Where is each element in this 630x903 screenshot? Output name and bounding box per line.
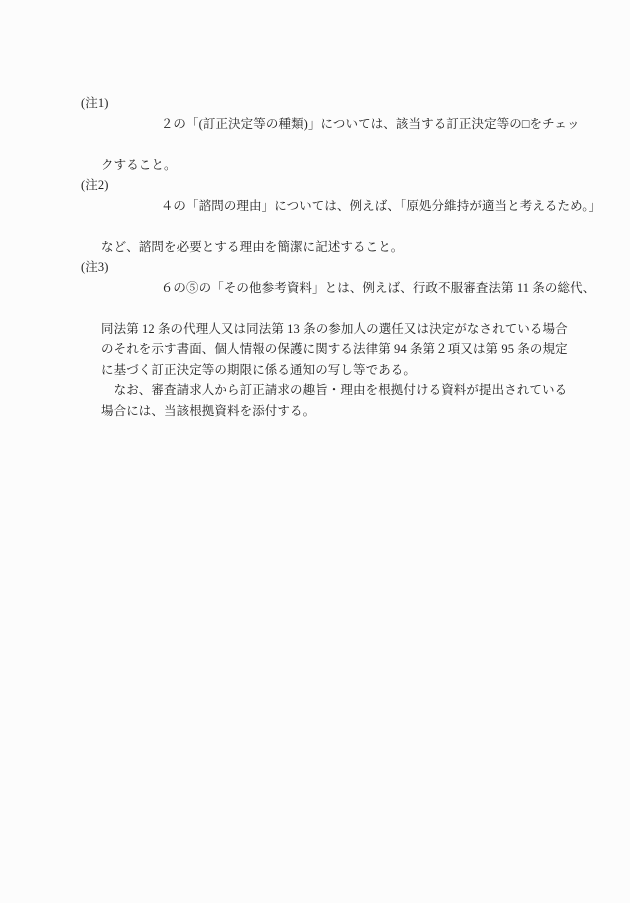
note-3-line-4: に基づく訂正決定等の期限に係る通知の写し等である。: [0, 360, 630, 381]
note-1: (注1)２の「(訂正決定等の種類)」については、該当する訂正決定等の□をチェッ …: [0, 93, 630, 175]
note-3-line-6: 場合には、当該根拠資料を添付する。: [0, 401, 630, 422]
note-2-first-line: (注2)４の「諮問の理由」については、例えば、「原処分維持が適当と考えるため。」: [0, 175, 630, 237]
note-3-line-2: 同法第 12 条の代理人又は同法第 13 条の参加人の選任又は決定がなされている…: [0, 319, 630, 340]
note-2: (注2)４の「諮問の理由」については、例えば、「原処分維持が適当と考えるため。」…: [0, 175, 630, 257]
note-1-line-1: ２の「(訂正決定等の種類)」については、該当する訂正決定等の□をチェッ: [161, 117, 580, 131]
note-1-line-2: クすること。: [0, 155, 630, 176]
note-3-line-5: なお、審査請求人から訂正請求の趣旨・理由を根拠付ける資料が提出されている: [0, 380, 630, 401]
note-2-line-1: ４の「諮問の理由」については、例えば、「原処分維持が適当と考えるため。」: [161, 199, 601, 213]
note-3-line-1: ６の⑤の「その他参考資料」とは、例えば、行政不服審査法第 11 条の総代、: [161, 281, 596, 295]
note-3-line-3: のそれを示す書面、個人情報の保護に関する法律第 94 条第２項又は第 95 条の…: [0, 339, 630, 360]
note-2-line-2: など、諮問を必要とする理由を簡潔に記述すること。: [0, 237, 630, 258]
note-3: (注3)６の⑤の「その他参考資料」とは、例えば、行政不服審査法第 11 条の総代…: [0, 257, 630, 421]
note-3-label: (注3): [81, 257, 108, 278]
notes-section: (注1)２の「(訂正決定等の種類)」については、該当する訂正決定等の□をチェッ …: [0, 93, 630, 421]
document-page: (注1)２の「(訂正決定等の種類)」については、該当する訂正決定等の□をチェッ …: [0, 0, 630, 903]
note-2-label: (注2): [81, 175, 108, 196]
note-1-first-line: (注1)２の「(訂正決定等の種類)」については、該当する訂正決定等の□をチェッ: [0, 93, 630, 155]
note-1-label: (注1): [81, 93, 108, 114]
note-3-first-line: (注3)６の⑤の「その他参考資料」とは、例えば、行政不服審査法第 11 条の総代…: [0, 257, 630, 319]
